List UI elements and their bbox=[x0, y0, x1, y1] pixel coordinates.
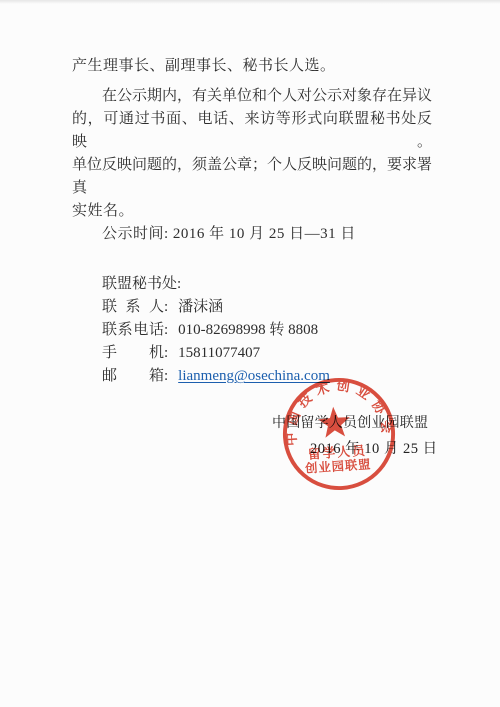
seal-inner-line2: 创业园联盟 bbox=[304, 456, 372, 476]
contact-person-value: 潘沫涵 bbox=[178, 299, 223, 315]
paragraph-line: 产生理事长、副理事长、秘书长人选。 bbox=[72, 55, 432, 78]
contact-row-mobile: 手机:15811077407 bbox=[102, 342, 432, 365]
email-link[interactable]: lianmeng@osechina.com bbox=[178, 368, 330, 384]
contact-phone-value: 010-82698998 转 8808 bbox=[178, 322, 318, 338]
colon: : bbox=[164, 296, 168, 319]
contact-row-person: 联系人:潘沫涵 bbox=[102, 296, 432, 319]
contact-label: 联系电话 bbox=[102, 319, 164, 342]
contact-label: 手机 bbox=[102, 342, 164, 365]
contact-label: 邮箱 bbox=[102, 365, 164, 388]
contact-mobile-value: 15811077407 bbox=[178, 345, 260, 361]
scan-edge-artifact bbox=[0, 0, 500, 4]
contact-label: 联系人 bbox=[102, 296, 164, 319]
document-body: 产生理事长、副理事长、秘书长人选。 在公示期内，有关单位和个人对公示对象存在异议… bbox=[72, 55, 432, 388]
contact-block: 联盟秘书处: 联系人:潘沫涵 联系电话:010-82698998 转 8808 … bbox=[72, 273, 432, 388]
official-seal: 中国技术创业协会 留学人员 创业园联盟 bbox=[276, 371, 402, 497]
colon: : bbox=[164, 342, 168, 365]
paragraph-line: 实姓名。 bbox=[72, 200, 432, 223]
paragraph-line: 在公示期内，有关单位和个人对公示对象存在异议 bbox=[72, 85, 432, 108]
colon: : bbox=[164, 319, 168, 342]
contact-row-phone: 联系电话:010-82698998 转 8808 bbox=[102, 319, 432, 342]
colon: : bbox=[164, 365, 168, 388]
signature-date: 2016 年 10 月 25 日 bbox=[310, 441, 438, 457]
contact-heading: 联盟秘书处 bbox=[102, 276, 177, 292]
signature-organization: 中国留学人员创业园联盟 bbox=[272, 416, 428, 432]
paragraph-line: 的，可通过书面、电话、来访等形式向联盟秘书处反映。 bbox=[72, 108, 432, 154]
contact-heading-row: 联盟秘书处: bbox=[102, 273, 432, 296]
publicity-period-line: 公示时间: 2016 年 10 月 25 日—31 日 bbox=[72, 223, 432, 246]
colon: : bbox=[177, 273, 181, 296]
seal-ring bbox=[281, 376, 396, 491]
contact-row-email: 邮箱:lianmeng@osechina.com bbox=[102, 365, 432, 388]
scanned-document-page: 产生理事长、副理事长、秘书长人选。 在公示期内，有关单位和个人对公示对象存在异议… bbox=[0, 0, 500, 707]
paragraph-line: 单位反映问题的，须盖公章；个人反映问题的，要求署真 bbox=[72, 154, 432, 200]
